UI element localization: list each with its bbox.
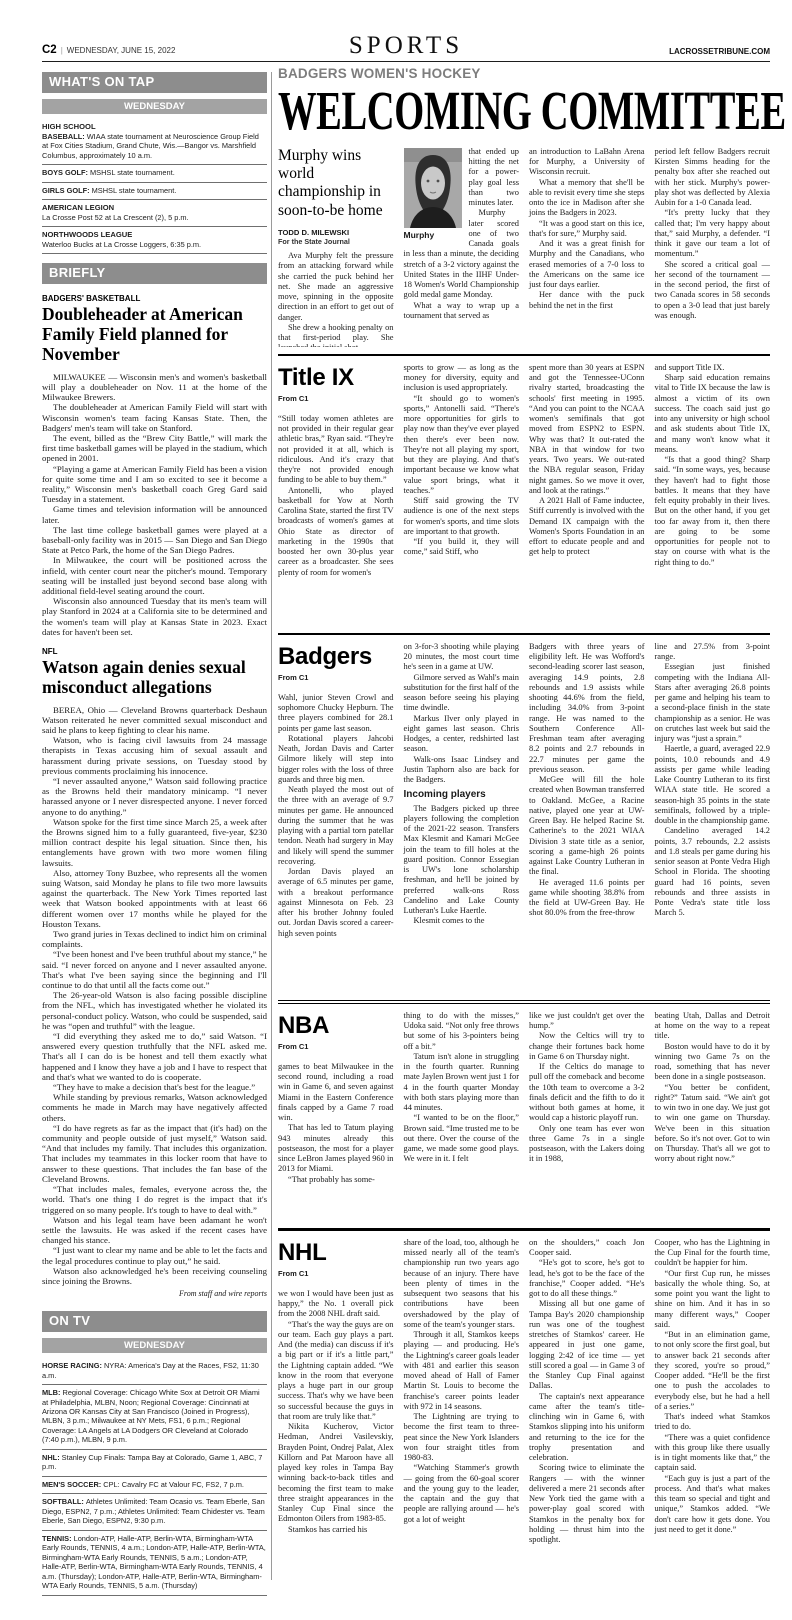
listing-body: HORSE RACING:NYRA: America's Day at the … xyxy=(42,1361,267,1380)
section-col-2: share of the load, too, although he miss… xyxy=(404,1238,520,1603)
on-tv-header: ON TV xyxy=(42,1311,267,1332)
newspaper-page: C2|WEDNESDAY, JUNE 15, 2022 SPORTS LACRO… xyxy=(0,0,792,1620)
section-text: Badgers with three years of eligibility … xyxy=(529,642,645,919)
section-col-3: Badgers with three years of eligibility … xyxy=(529,642,645,993)
paragraph: He averaged 11.6 points per game while s… xyxy=(529,878,645,919)
section-text: Cooper, who has the Lightning in the Cup… xyxy=(655,1238,771,1535)
paragraph: Her dance with the puck behind the net i… xyxy=(529,290,645,311)
paragraph: “Our first Cup run, he misses basically … xyxy=(655,1269,771,1331)
section-text: Wahl, junior Steven Crowl and sophomore … xyxy=(278,693,394,939)
listing-label: SOFTBALL: xyxy=(42,1497,84,1506)
paragraph: Game times and television information wi… xyxy=(42,504,267,524)
story-kicker: BADGERS' BASKETBALL xyxy=(42,294,267,303)
paragraph: “You better be confident, right?” Tatum … xyxy=(655,1083,771,1165)
listing-body: BOYS GOLF:MSHSL state tournament. xyxy=(42,168,267,177)
paragraph: beating Utah, Dallas and Detroit at home… xyxy=(655,1011,771,1042)
section-text: on the shoulders,” coach Jon Cooper said… xyxy=(529,1238,645,1546)
paragraph: Walk-ons Isaac Lindsey and Justin Taphor… xyxy=(404,755,520,786)
paragraph: A 2021 Hall of Fame inductee, Stiff curr… xyxy=(529,496,645,558)
paragraph: games to beat Milwaukee in the second ro… xyxy=(278,1062,394,1124)
jump-section: NBA From C1 games to beat Milwaukee in t… xyxy=(278,1000,770,1221)
whats-on-tap-header: WHAT'S ON TAP xyxy=(42,72,267,93)
paragraph: line and 27.5% from 3-point range. xyxy=(655,642,771,663)
section-title: SPORTS xyxy=(42,32,770,60)
paragraph: Candelino averaged 14.2 points, 3.7 rebo… xyxy=(655,826,771,918)
paragraph: Markus Ilver only played in eight games … xyxy=(404,714,520,755)
paragraph: BEREA, Ohio — Cleveland Browns quarterba… xyxy=(42,705,267,736)
listing-text: Stanley Cup Finals: Tampa Bay at Colorad… xyxy=(42,1453,262,1471)
listing-body: MEN'S SOCCER:CPL: Cavalry FC at Valour F… xyxy=(42,1480,267,1489)
paragraph: Wahl, junior Steven Crowl and sophomore … xyxy=(278,693,394,734)
listing-entry: NHL:Stanley Cup Finals: Tampa Bay at Col… xyxy=(42,1450,267,1477)
section-col-4: and support Title IX.Sharp said educatio… xyxy=(655,363,771,626)
section-text: share of the load, too, although he miss… xyxy=(404,1238,520,1525)
continued-from-label: From C1 xyxy=(278,673,394,682)
paragraph: Scoring twice to eliminate the Rangers —… xyxy=(529,1463,645,1545)
section-text: like we just couldn't get over the hump.… xyxy=(529,1011,645,1165)
story-headline: Watson again denies sexual misconduct al… xyxy=(42,658,267,698)
paragraph: Gilmore served as Wahl's main substituti… xyxy=(404,673,520,714)
paragraph: That has led to Tatum playing 943 minute… xyxy=(278,1123,394,1174)
continued-from-label: From C1 xyxy=(278,394,394,403)
listing-text: CPL: Cavalry FC at Valour FC, FS2, 7 p.m… xyxy=(103,1480,244,1489)
paragraph: “I've been honest and I've been truthful… xyxy=(42,949,267,990)
feature-col-1: Murphy wins world championship in soon-t… xyxy=(278,147,394,347)
paragraph: Sharp said education remains vital to Ti… xyxy=(655,373,771,455)
section-title: Title IX xyxy=(278,364,394,392)
paragraph: we won I would have been just as happy,”… xyxy=(278,1289,394,1320)
paragraph: Badgers with three years of eligibility … xyxy=(529,642,645,775)
listing-entry: BOYS GOLF:MSHSL state tournament. xyxy=(42,165,267,182)
jump-section: Title IX From C1 “Still today women athl… xyxy=(278,354,770,626)
feature-headline: WELCOMING COMMITTEE xyxy=(278,84,622,138)
paragraph: Antonelli, who played basketball for Yow… xyxy=(278,486,394,578)
paragraph: “It should go to women's sports,” Antone… xyxy=(404,394,520,497)
paragraph: Watson also acknowledged he's been recei… xyxy=(42,1266,267,1286)
listing-entry: HIGH SCHOOL BASEBALL:WIAA state tourname… xyxy=(42,119,267,165)
paragraph: on the shoulders,” coach Jon Cooper said… xyxy=(529,1238,645,1259)
paragraph: Essegian just finished competing with th… xyxy=(655,662,771,744)
paragraph: What a way to wrap up a tournament that … xyxy=(404,301,520,322)
tap-weekday-banner: WEDNESDAY xyxy=(42,99,267,114)
listing-label: BASEBALL: xyxy=(42,132,85,141)
tv-listings: HORSE RACING:NYRA: America's Day at the … xyxy=(42,1358,267,1595)
paragraph: “Each guy is just a part of the process.… xyxy=(655,1474,771,1536)
photo-caption: Murphy xyxy=(404,230,464,240)
jump-section: Badgers From C1 Wahl, junior Steven Crow… xyxy=(278,633,770,993)
paragraph: “I did everything they asked me to do,” … xyxy=(42,1031,267,1082)
paragraph: That's indeed what Stamkos tried to do. xyxy=(655,1412,771,1433)
section-col-2: sports to grow — as long as the money fo… xyxy=(404,363,520,626)
paragraph: sports to grow — as long as the money fo… xyxy=(404,363,520,394)
story-body: BEREA, Ohio — Cleveland Browns quarterba… xyxy=(42,705,267,1287)
paragraph: Watson, who is facing civil lawsuits fro… xyxy=(42,735,267,776)
column-divider xyxy=(271,72,272,1580)
murphy-photo xyxy=(404,148,462,228)
paragraph: “I do have regrets as far as the impact … xyxy=(42,1123,267,1184)
section-text: we won I would have been just as happy,”… xyxy=(278,1289,394,1535)
paragraph: thing to do with the misses,” Udoka said… xyxy=(404,1011,520,1052)
listing-body: Waterloo Bucks at La Crosse Loggers, 6:3… xyxy=(42,240,267,249)
paragraph: spent more than 30 years at ESPN and got… xyxy=(529,363,645,496)
main-well: BADGERS WOMEN'S HOCKEY WELCOMING COMMITT… xyxy=(278,66,770,1603)
listing-entry: TENNIS:London-ATP, Halle-ATP, Berlin-WTA… xyxy=(42,1531,267,1596)
paragraph: The last time college basketball games w… xyxy=(42,525,267,556)
section-col-1: Badgers From C1 Wahl, junior Steven Crow… xyxy=(278,642,394,993)
paragraph: Nikita Kucherov, Victor Hedman, Andrei V… xyxy=(278,1422,394,1525)
feature-text: period left fellow Badgers recruit Kirst… xyxy=(655,147,771,321)
paragraph: Stamkos has carried his xyxy=(278,1525,394,1535)
paragraph: and support Title IX. xyxy=(655,363,771,373)
section-col-1: NBA From C1 games to beat Milwaukee in t… xyxy=(278,1011,394,1221)
paragraph: Jordan Davis played an average of 6.5 mi… xyxy=(278,867,394,939)
paragraph: She drew a hooking penalty on that first… xyxy=(278,323,394,347)
section-title: NBA xyxy=(278,1012,394,1040)
photo-block: Murphy xyxy=(404,148,464,240)
paragraph: Now the Celtics will try to change their… xyxy=(529,1031,645,1062)
paragraph: “That's the way the guys are on our team… xyxy=(278,1320,394,1423)
feature-story: Murphy wins world championship in soon-t… xyxy=(278,147,770,347)
feature-text: an introduction to LaBahn Arena for Murp… xyxy=(529,147,645,311)
paragraph: In Milwaukee, the court will be position… xyxy=(42,555,267,596)
briefly-header: BRIEFLY xyxy=(42,263,267,284)
paragraph: share of the load, too, although he miss… xyxy=(404,1238,520,1330)
listing-entry: SOFTBALL:Athletes Unlimited: Team Ocasio… xyxy=(42,1494,267,1530)
section-text: line and 27.5% from 3-point range.Essegi… xyxy=(655,642,771,919)
section-col-1: NHL From C1 we won I would have been jus… xyxy=(278,1238,394,1603)
section-col-4: Cooper, who has the Lightning in the Cup… xyxy=(655,1238,771,1603)
listing-text: MSHSL state tournament. xyxy=(92,186,177,195)
listing-label: HORSE RACING: xyxy=(42,1361,102,1370)
paragraph: “That includes males, females, everyone … xyxy=(42,1184,267,1215)
paragraph: Incoming players xyxy=(404,789,520,801)
paragraph: Tatum isn't alone in struggling in the f… xyxy=(404,1052,520,1114)
paragraph: on 3-for-3 shooting while playing 20 min… xyxy=(404,642,520,673)
paragraph: Ava Murphy felt the pressure from an att… xyxy=(278,251,394,323)
listing-label: MEN'S SOCCER: xyxy=(42,1480,101,1489)
paragraph: Through it all, Stamkos keeps playing — … xyxy=(404,1330,520,1412)
section-col-4: beating Utah, Dallas and Detroit at home… xyxy=(655,1011,771,1221)
listing-label: BOYS GOLF: xyxy=(42,168,88,177)
listing-body: La Crosse Post 52 at La Crescent (2), 5 … xyxy=(42,213,267,222)
listing-body: MLB:Regional Coverage: Chicago White Sox… xyxy=(42,1388,267,1445)
paragraph: MILWAUKEE — Wisconsin men's and women's … xyxy=(42,372,267,403)
tap-listings: HIGH SCHOOL BASEBALL:WIAA state tourname… xyxy=(42,119,267,254)
paragraph: If the Celtics do manage to pull off the… xyxy=(529,1062,645,1124)
paragraph: Two grand juries in Texas declined to in… xyxy=(42,929,267,949)
paragraph: The 26-year-old Watson is also facing po… xyxy=(42,990,267,1031)
listing-entry: NORTHWOODS LEAGUE Waterloo Bucks at La C… xyxy=(42,227,267,254)
paragraph: “Watching Stammer's growth — going from … xyxy=(404,1463,520,1525)
section-text: spent more than 30 years at ESPN and got… xyxy=(529,363,645,558)
brief-story: NFL Watson again denies sexual misconduc… xyxy=(42,647,267,1298)
masthead: C2|WEDNESDAY, JUNE 15, 2022 SPORTS LACRO… xyxy=(42,34,770,62)
paragraph: Cooper, who has the Lightning in the Cup… xyxy=(655,1238,771,1269)
section-text: games to beat Milwaukee in the second ro… xyxy=(278,1062,394,1185)
listing-body: BASEBALL:WIAA state tournament at Neuros… xyxy=(42,132,267,160)
paragraph: She scored a critical goal — her second … xyxy=(655,260,771,322)
paragraph: “It's pretty lucky that they called that… xyxy=(655,208,771,259)
section-col-2: thing to do with the misses,” Udoka said… xyxy=(404,1011,520,1221)
section-text: on 3-for-3 shooting while playing 20 min… xyxy=(404,642,520,927)
story-kicker: NFL xyxy=(42,647,267,656)
section-columns: Badgers From C1 Wahl, junior Steven Crow… xyxy=(278,642,770,993)
feature-col-2: Murphy that ended up hitting the net for… xyxy=(404,147,520,347)
paragraph: Missing all but one game of Tampa Bay's … xyxy=(529,1299,645,1391)
listing-text: Waterloo Bucks at La Crosse Loggers, 6:3… xyxy=(42,240,201,249)
left-rail: WHAT'S ON TAP WEDNESDAY HIGH SCHOOL BASE… xyxy=(42,72,267,1598)
paragraph: “He's got to score, he's got to lead, he… xyxy=(529,1258,645,1299)
section-title: Badgers xyxy=(278,643,394,671)
section-col-2: on 3-for-3 shooting while playing 20 min… xyxy=(404,642,520,993)
paragraph: What a memory that she'll be able to rev… xyxy=(529,178,645,219)
listing-label: MLB: xyxy=(42,1388,60,1397)
paragraph: Also, attorney Tony Buzbee, who represen… xyxy=(42,868,267,929)
paragraph: “Playing a game at American Family Field… xyxy=(42,464,267,505)
paragraph: like we just couldn't get over the hump.… xyxy=(529,1011,645,1032)
section-text: and support Title IX.Sharp said educatio… xyxy=(655,363,771,568)
section-col-1: Title IX From C1 “Still today women athl… xyxy=(278,363,394,626)
brief-story: BADGERS' BASKETBALL Doubleheader at Amer… xyxy=(42,294,267,637)
byline: TODD D. MILEWSKI xyxy=(278,228,394,237)
section-columns: Title IX From C1 “Still today women athl… xyxy=(278,363,770,626)
paragraph: “I never assaulted anyone,” Watson said … xyxy=(42,776,267,817)
paragraph: “But in an elimination game, to not only… xyxy=(655,1330,771,1412)
paragraph: “I just want to clear my name and be abl… xyxy=(42,1245,267,1265)
byline-organization: For the State Journal xyxy=(278,237,394,246)
paragraph: “Still today women athletes are not prov… xyxy=(278,414,394,486)
tv-weekday-banner: WEDNESDAY xyxy=(42,1338,267,1353)
paragraph: And it was a great finish for Murphy and… xyxy=(529,239,645,290)
jump-section: NHL From C1 we won I would have been jus… xyxy=(278,1228,770,1603)
listing-heading: HIGH SCHOOL xyxy=(42,122,267,132)
paragraph: period left fellow Badgers recruit Kirst… xyxy=(655,147,771,209)
listing-text: Regional Coverage: Chicago White Sox at … xyxy=(42,1388,260,1444)
section-text: “Still today women athletes are not prov… xyxy=(278,414,394,578)
jump-sections: Title IX From C1 “Still today women athl… xyxy=(278,354,770,1603)
paragraph: “It was a good start on this ice, that's… xyxy=(529,219,645,240)
continued-from-label: From C1 xyxy=(278,1042,394,1051)
feature-col-3: an introduction to LaBahn Arena for Murp… xyxy=(529,147,645,347)
section-col-3: like we just couldn't get over the hump.… xyxy=(529,1011,645,1221)
paragraph: Haertle, a guard, averaged 22.9 points, … xyxy=(655,744,771,826)
listing-body: NHL:Stanley Cup Finals: Tampa Bay at Col… xyxy=(42,1453,267,1472)
listing-entry: AMERICAN LEGION La Crosse Post 52 at La … xyxy=(42,200,267,227)
listing-body: TENNIS:London-ATP, Halle-ATP, Berlin-WTA… xyxy=(42,1534,267,1591)
listing-entry: GIRLS GOLF:MSHSL state tournament. xyxy=(42,183,267,200)
section-text: sports to grow — as long as the money fo… xyxy=(404,363,520,558)
listing-body: GIRLS GOLF:MSHSL state tournament. xyxy=(42,186,267,195)
listing-entry: MLB:Regional Coverage: Chicago White Sox… xyxy=(42,1385,267,1450)
listing-label: TENNIS: xyxy=(42,1534,72,1543)
paragraph: McGee will fill the hole created when Bo… xyxy=(529,775,645,878)
listing-body: SOFTBALL:Athletes Unlimited: Team Ocasio… xyxy=(42,1497,267,1525)
paragraph: The doubleheader at American Family Fiel… xyxy=(42,402,267,433)
section-col-3: on the shoulders,” coach Jon Cooper said… xyxy=(529,1238,645,1603)
paragraph: Only one team has ever won three Game 7s… xyxy=(529,1124,645,1165)
wire-credit: From staff and wire reports xyxy=(42,1289,267,1298)
paragraph: Neath played the most out of the three w… xyxy=(278,785,394,867)
feature-text: Ava Murphy felt the pressure from an att… xyxy=(278,251,394,347)
paragraph: Watson and his legal team have been adam… xyxy=(42,1215,267,1246)
continued-from-label: From C1 xyxy=(278,1269,394,1278)
feature-col-4: period left fellow Badgers recruit Kirst… xyxy=(655,147,771,347)
paragraph: The Badgers picked up three players foll… xyxy=(404,804,520,917)
paragraph: “I wanted to be on the floor,” Brown sai… xyxy=(404,1113,520,1164)
paragraph: Watson spoke for the first time since Ma… xyxy=(42,817,267,868)
section-text: beating Utah, Dallas and Detroit at home… xyxy=(655,1011,771,1165)
section-text: thing to do with the misses,” Udoka said… xyxy=(404,1011,520,1165)
section-columns: NHL From C1 we won I would have been jus… xyxy=(278,1238,770,1603)
listing-text: MSHSL state tournament. xyxy=(90,168,175,177)
listing-entry: HORSE RACING:NYRA: America's Day at the … xyxy=(42,1358,267,1385)
paragraph: an introduction to LaBahn Arena for Murp… xyxy=(529,147,645,178)
paragraph: Wisconsin also announced Tuesday that it… xyxy=(42,596,267,637)
section-col-3: spent more than 30 years at ESPN and got… xyxy=(529,363,645,626)
listing-heading: NORTHWOODS LEAGUE xyxy=(42,230,267,240)
feature-kicker: BADGERS WOMEN'S HOCKEY xyxy=(278,66,770,81)
paragraph: “There was a quiet confidence with this … xyxy=(655,1433,771,1474)
paragraph: Klesmit comes to the xyxy=(404,916,520,926)
paragraph: Stiff said growing the TV audience is on… xyxy=(404,496,520,537)
paragraph: “They have to make a decision that's bes… xyxy=(42,1082,267,1092)
briefly-stories: BADGERS' BASKETBALL Doubleheader at Amer… xyxy=(42,294,267,1298)
paragraph: The event, billed as the “Brew City Batt… xyxy=(42,433,267,464)
paragraph: Boston would have to do it by winning tw… xyxy=(655,1042,771,1083)
listing-label: NHL: xyxy=(42,1453,60,1462)
listing-heading: AMERICAN LEGION xyxy=(42,203,267,213)
paragraph: “Is that a good thing? Sharp said. “In s… xyxy=(655,455,771,568)
section-title: NHL xyxy=(278,1239,394,1267)
listing-entry: MEN'S SOCCER:CPL: Cavalry FC at Valour F… xyxy=(42,1477,267,1494)
section-col-4: line and 27.5% from 3-point range.Essegi… xyxy=(655,642,771,993)
section-columns: NBA From C1 games to beat Milwaukee in t… xyxy=(278,1011,770,1221)
listing-label: GIRLS GOLF: xyxy=(42,186,90,195)
paragraph: The captain's next appearance came after… xyxy=(529,1392,645,1464)
paragraph: Rotational players Jahcobi Neath, Jordan… xyxy=(278,734,394,785)
listing-text: La Crosse Post 52 at La Crescent (2), 5 … xyxy=(42,213,189,222)
story-headline: Doubleheader at American Family Field pl… xyxy=(42,305,267,364)
story-body: MILWAUKEE — Wisconsin men's and women's … xyxy=(42,372,267,637)
paragraph: The Lightning are trying to become the f… xyxy=(404,1412,520,1463)
paragraph: “That probably has some- xyxy=(278,1175,394,1185)
paragraph: “If you build it, they will come,” said … xyxy=(404,537,520,558)
feature-subhead: Murphy wins world championship in soon-t… xyxy=(278,147,394,220)
listing-text: London-ATP, Halle-ATP, Berlin-WTA, Birmi… xyxy=(42,1534,266,1590)
paragraph: While standing by previous remarks, Wats… xyxy=(42,1092,267,1123)
website-label[interactable]: LACROSSETRIBUNE.COM xyxy=(669,47,770,56)
